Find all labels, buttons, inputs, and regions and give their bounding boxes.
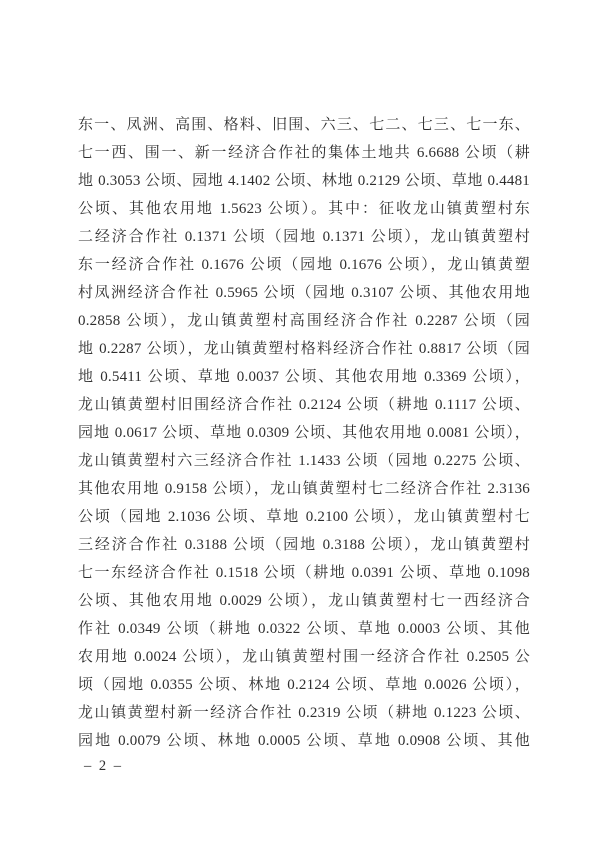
text-line: 龙山镇黄塑村新一经济合作社 0.2319 公顷（耕地 0.1223 公顷、 bbox=[78, 699, 530, 727]
text-line: 0.2858 公顷），龙山镇黄塑村高围经济合作社 0.2287 公顷（园 bbox=[78, 307, 530, 335]
text-line: 三经济合作社 0.3188 公顷（园地 0.3188 公顷），龙山镇黄塑村 bbox=[78, 531, 530, 559]
document-page: 东一、凤洲、高围、格料、旧围、六三、七二、七三、七一东、七一西、围一、新一经济合… bbox=[0, 0, 600, 848]
text-line: 龙山镇黄塑村六三经济合作社 1.1433 公顷（园地 0.2275 公顷、 bbox=[78, 447, 530, 475]
text-line: 顷（园地 0.0355 公顷、林地 0.2124 公顷、草地 0.0026 公顷… bbox=[78, 671, 530, 699]
text-line: 村凤洲经济合作社 0.5965 公顷（园地 0.3107 公顷、其他农用地 bbox=[78, 279, 530, 307]
text-line: 公顷、其他农用地 1.5623 公顷）。其中：征收龙山镇黄塑村东 bbox=[78, 195, 530, 223]
text-line: 农用地 0.0024 公顷），龙山镇黄塑村围一经济合作社 0.2505 公 bbox=[78, 643, 530, 671]
text-line: 东一、凤洲、高围、格料、旧围、六三、七二、七三、七一东、 bbox=[78, 111, 530, 139]
text-line: 二经济合作社 0.1371 公顷（园地 0.1371 公顷），龙山镇黄塑村 bbox=[78, 223, 530, 251]
page-number: – 2 – bbox=[84, 756, 123, 776]
text-line: 地 0.3053 公顷、园地 4.1402 公顷、林地 0.2129 公顷、草地… bbox=[78, 167, 530, 195]
text-line: 公顷、其他农用地 0.0029 公顷），龙山镇黄塑村七一西经济合 bbox=[78, 587, 530, 615]
text-line: 公顷（园地 2.1036 公顷、草地 0.2100 公顷），龙山镇黄塑村七 bbox=[78, 503, 530, 531]
text-line: 园地 0.0617 公顷、草地 0.0309 公顷、其他农用地 0.0081 公… bbox=[78, 419, 530, 447]
text-line: 七一西、围一、新一经济合作社的集体土地共 6.6688 公顷（耕 bbox=[78, 139, 530, 167]
text-line: 东一经济合作社 0.1676 公顷（园地 0.1676 公顷），龙山镇黄塑 bbox=[78, 251, 530, 279]
text-line: 地 0.5411 公顷、草地 0.0037 公顷、其他农用地 0.3369 公顷… bbox=[78, 363, 530, 391]
text-line: 龙山镇黄塑村旧围经济合作社 0.2124 公顷（耕地 0.1117 公顷、 bbox=[78, 391, 530, 419]
text-line: 其他农用地 0.9158 公顷），龙山镇黄塑村七二经济合作社 2.3136 bbox=[78, 475, 530, 503]
text-line: 园地 0.0079 公顷、林地 0.0005 公顷、草地 0.0908 公顷、其… bbox=[78, 727, 530, 755]
text-line: 七一东经济合作社 0.1518 公顷（耕地 0.0391 公顷、草地 0.109… bbox=[78, 559, 530, 587]
text-line: 地 0.2287 公顷），龙山镇黄塑村格料经济合作社 0.8817 公顷（园 bbox=[78, 335, 530, 363]
body-text: 东一、凤洲、高围、格料、旧围、六三、七二、七三、七一东、七一西、围一、新一经济合… bbox=[78, 111, 530, 755]
text-line: 作社 0.0349 公顷（耕地 0.0322 公顷、草地 0.0003 公顷、其… bbox=[78, 615, 530, 643]
